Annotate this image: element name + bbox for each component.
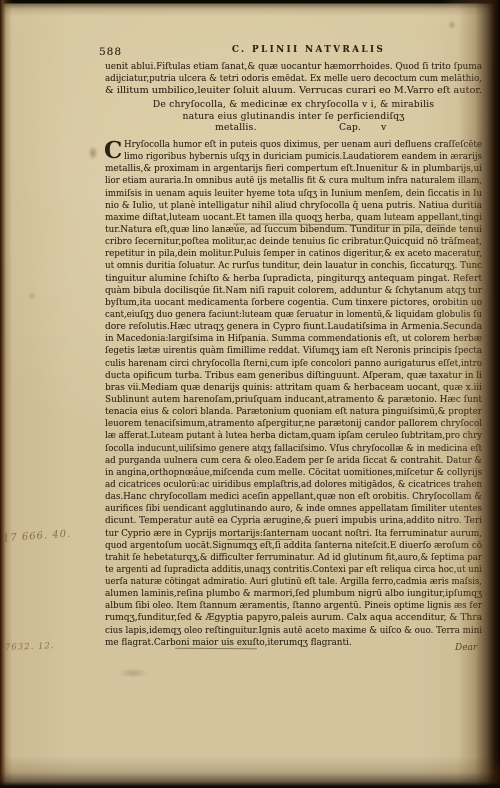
catchword: Dear [455, 643, 477, 653]
page-number: 588 [99, 46, 122, 58]
chapter-cap-number: v [381, 122, 386, 134]
intro-paragraph: uenit ablui.Fiſtulas etiam ſanat,& quæ u… [105, 58, 482, 94]
book-page-scan: 588 C. PLINII NATVRALIS uenit ablui.Fiſt… [0, 0, 500, 788]
handwritten-annotation-lower: 7632. 12. [5, 641, 55, 653]
body-paragraph: Hryſocolla humor eſt in puteis quos dixi… [105, 136, 482, 646]
chapter-caption-line: metallis. Cap. v [105, 122, 482, 134]
text-line: uenit ablui.Fiſtulas etiam ſanat,& quæ u… [105, 58, 482, 70]
chapter-cap-label: Cap. [339, 122, 361, 134]
chapter-heading: De chryſocolla, & medicinæ ex chryſocoll… [105, 99, 482, 134]
chapter-heading-line: natura eius glutinandis inter ſe perfici… [105, 111, 482, 123]
text-line: Hryſocolla humor eſt in puteis quos dixi… [105, 136, 482, 148]
chapter-heading-metallis: metallis. [215, 122, 257, 134]
running-title: C. PLINII NATVRALIS [120, 45, 497, 55]
chapter-heading-line: De chryſocolla, & medicinæ ex chryſocoll… [105, 99, 482, 111]
